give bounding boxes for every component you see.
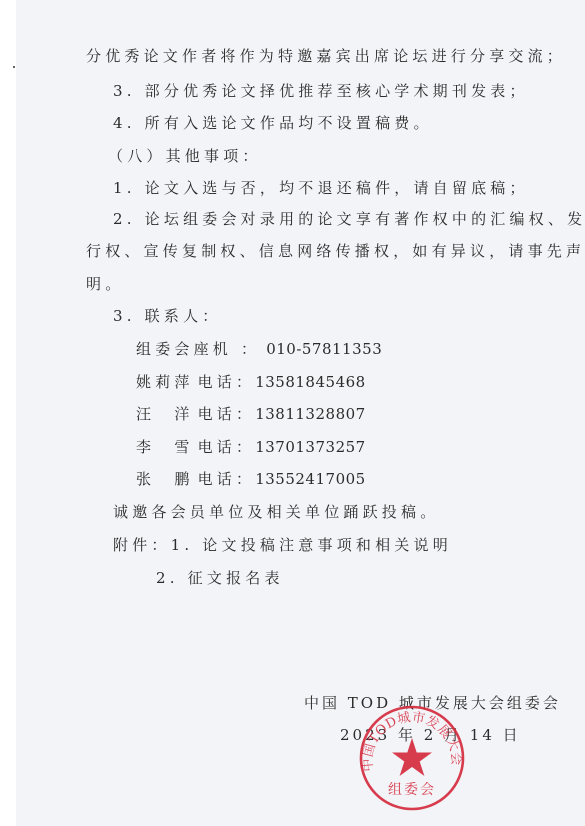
contact-phone: 13581845468 xyxy=(255,373,365,391)
contact-name: 姚莉萍 xyxy=(136,373,194,391)
contact-row: 张 鹏电话：13552417005 xyxy=(136,470,366,488)
contact-name: 李 雪 xyxy=(136,438,194,456)
contact-phone-label: 电话： xyxy=(198,470,256,488)
contact-phone-label: 电话： xyxy=(198,373,256,391)
contact-phone-label: 电话： xyxy=(198,405,256,423)
contact-phone: 010-57811353 xyxy=(266,340,382,358)
attachments-label: 附件： xyxy=(113,536,171,554)
contact-separator: ： xyxy=(232,340,260,358)
section-heading-other-matters: （八）其他事项： xyxy=(108,147,262,165)
contact-row: 汪 洋电话：13811328807 xyxy=(136,405,366,423)
paragraph-line: 分优秀论文作者将作为特邀嘉宾出席论坛进行分享交流； xyxy=(86,47,566,65)
contact-row: 组委会座机 ：010-57811353 xyxy=(136,340,382,358)
contact-row: 姚莉萍电话：13581845468 xyxy=(136,373,366,391)
list-item-4: 4. 所有入选论文作品均不设置稿费。 xyxy=(113,114,433,132)
contact-phone: 13552417005 xyxy=(255,470,365,488)
invitation-text: 诚邀各会员单位及相关单位踊跃投稿。 xyxy=(113,503,439,521)
other-item-2-end: 明。 xyxy=(86,275,124,293)
attachment-item: 2. 征文报名表 xyxy=(156,569,284,587)
other-item-2: 2. 论坛组委会对录用的论文享有著作权中的汇编权、发 xyxy=(113,210,585,228)
attachments-row: 附件：1. 论文投稿注意事项和相关说明 xyxy=(113,536,452,554)
other-item-2-cont: 行权、宣传复制权、信息网络传播权，如有异议，请事先声 xyxy=(86,242,585,260)
other-item-1: 1. 论文入选与否，均不退还稿件，请自留底稿； xyxy=(113,179,529,197)
other-item-3-contacts-heading: 3. 联系人： xyxy=(113,307,221,325)
scan-speck xyxy=(13,66,15,68)
stamp-center-text: 组委会 xyxy=(388,782,436,798)
contact-row: 李 雪电话：13701373257 xyxy=(136,438,366,456)
list-item-3: 3. 部分优秀论文择优推荐至核心学术期刊发表； xyxy=(113,82,529,100)
star-icon xyxy=(392,738,432,776)
contact-phone: 13811328807 xyxy=(255,405,365,423)
contact-name: 汪 洋 xyxy=(136,405,194,423)
contact-phone-label: 电话： xyxy=(198,438,256,456)
attachment-item: 1. 论文投稿注意事项和相关说明 xyxy=(171,536,452,554)
contact-name: 组委会座机 xyxy=(136,340,232,358)
left-margin-strip xyxy=(0,0,16,826)
contact-phone: 13701373257 xyxy=(255,438,365,456)
official-seal-stamp: 中国TOD城市发展大会 组委会 xyxy=(358,704,466,812)
contact-name: 张 鹏 xyxy=(136,470,194,488)
